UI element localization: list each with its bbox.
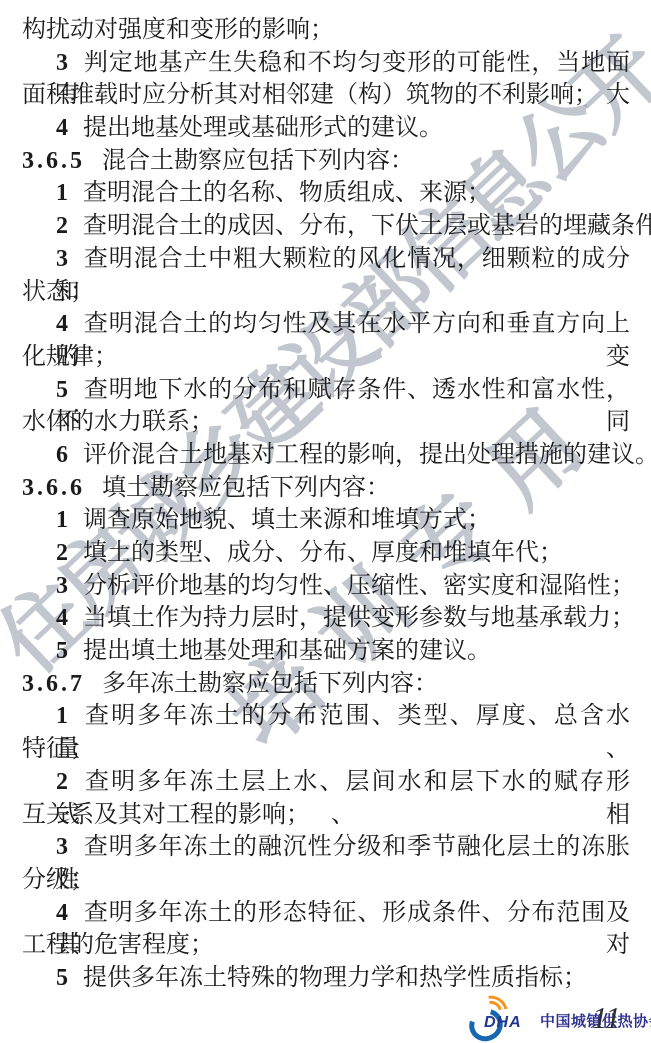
text-line: 3分析评价地基的均匀性、压缩性、密实度和湿陷性；: [22, 570, 630, 603]
text-line: 5查明地下水的分布和赋存条件、透水性和富水性，不同: [22, 374, 630, 407]
text-line: 1调查原始地貌、填土来源和堆填方式；: [22, 504, 630, 537]
line-text: 构扰动对强度和变形的影响；: [22, 17, 334, 43]
line-text: 填土的类型、成分、分布、厚度和堆填年代；: [83, 540, 563, 566]
line-text: 分析评价地基的均匀性、压缩性、密实度和湿陷性；: [83, 573, 635, 599]
line-text: 化规律；: [22, 344, 118, 370]
item-number: 2: [56, 213, 68, 239]
text-line: 状态；: [22, 276, 630, 309]
text-line: 4查明混合土的均匀性及其在水平方向和垂直方向上的变: [22, 308, 630, 341]
item-number: 2: [56, 769, 68, 795]
item-number: 3: [56, 834, 68, 860]
text-line: 6评价混合土地基对工程的影响，提出处理措施的建议。: [22, 439, 630, 472]
text-line: 4查明多年冻土的形态特征、形成条件、分布范围及其对: [22, 897, 630, 930]
item-number: 3: [56, 246, 68, 272]
line-text: 特征；: [22, 736, 94, 762]
text-line: 1查明混合土的名称、物质组成、来源；: [22, 177, 630, 210]
item-number: 1: [56, 703, 68, 729]
document-page: 住房城乡建设部信息公开 培训专用 构扰动对强度和变形的影响；3判定地基产生失稳和…: [0, 0, 651, 1043]
text-line: 4当填土作为持力层时，提供变形参数与地基承载力；: [22, 602, 630, 635]
line-text: 混合土勘察应包括下列内容：: [102, 148, 414, 174]
line-text: 面积堆载时应分析其对相邻建（构）筑物的不利影响；: [22, 82, 598, 108]
section-number: 3.6.7: [22, 671, 85, 697]
text-line: 构扰动对强度和变形的影响；: [22, 14, 630, 47]
line-text: 查明多年冻土的分布范围、类型、厚度、总含水量、: [56, 703, 630, 762]
document-text-block: 构扰动对强度和变形的影响；3判定地基产生失稳和不均匀变形的可能性，当地面有大面积…: [22, 14, 630, 995]
section-number: 3.6.6: [22, 475, 85, 501]
cdha-logo-icon: DHA: [466, 998, 536, 1042]
text-line: 3查明多年冻土的融沉性分级和季节融化层土的冻胀性: [22, 831, 630, 864]
line-text: 评价混合土地基对工程的影响，提出处理措施的建议。: [83, 442, 651, 468]
line-text: 水体的水力联系；: [22, 409, 214, 435]
line-text: 提出填土地基处理和基础方案的建议。: [83, 638, 491, 664]
text-line: 1查明多年冻土的分布范围、类型、厚度、总含水量、: [22, 700, 630, 733]
item-number: 3: [56, 50, 68, 76]
line-text: 提出地基处理或基础形式的建议。: [83, 115, 443, 141]
line-text: 提供多年冻土特殊的物理力学和热学性质指标；: [83, 965, 587, 991]
logo-acronym: DHA: [484, 1014, 522, 1032]
line-text: 分级；: [22, 867, 94, 893]
item-number: 5: [56, 377, 68, 403]
line-text: 查明混合土的名称、物质组成、来源；: [83, 180, 491, 206]
item-number: 3: [56, 573, 68, 599]
line-text: 调查原始地貌、填土来源和堆填方式；: [83, 507, 491, 533]
item-number: 5: [56, 638, 68, 664]
section-heading-line: 3.6.6填土勘察应包括下列内容：: [22, 472, 630, 505]
text-line: 3查明混合土中粗大颗粒的风化情况，细颗粒的成分和: [22, 243, 630, 276]
item-number: 4: [56, 311, 68, 337]
section-number: 3.6.5: [22, 148, 85, 174]
line-text: 查明混合土的成因、分布，下伏土层或基岩的埋藏条件；: [83, 213, 651, 239]
text-line: 面积堆载时应分析其对相邻建（构）筑物的不利影响；: [22, 79, 630, 112]
line-text: 填土勘察应包括下列内容：: [102, 475, 390, 501]
section-heading-line: 3.6.5混合土勘察应包括下列内容：: [22, 145, 630, 178]
item-number: 4: [56, 900, 68, 926]
text-line: 4提出地基处理或基础形式的建议。: [22, 112, 630, 145]
section-heading-line: 3.6.7多年冻土勘察应包括下列内容：: [22, 668, 630, 701]
text-line: 2查明多年冻土层上水、层间水和层下水的赋存形式、相: [22, 766, 630, 799]
line-text: 工程的危害程度；: [22, 932, 214, 958]
line-text: 互关系及其对工程的影响；: [22, 802, 310, 828]
item-number: 6: [56, 442, 68, 468]
text-line: 5提供多年冻土特殊的物理力学和热学性质指标；: [22, 962, 630, 995]
line-text: 多年冻土勘察应包括下列内容：: [102, 671, 438, 697]
page-footer: DHA 中国城镇供热协会 11: [466, 998, 651, 1042]
text-line: 2查明混合土的成因、分布，下伏土层或基岩的埋藏条件；: [22, 210, 630, 243]
item-number: 1: [56, 507, 68, 533]
page-number: 11: [592, 1000, 621, 1036]
item-number: 4: [56, 605, 68, 631]
item-number: 5: [56, 965, 68, 991]
item-number: 2: [56, 540, 68, 566]
line-text: 查明混合土的均匀性及其在水平方向和垂直方向上的变: [56, 311, 630, 370]
text-line: 5提出填土地基处理和基础方案的建议。: [22, 635, 630, 668]
item-number: 1: [56, 180, 68, 206]
line-text: 当填土作为持力层时，提供变形参数与地基承载力；: [83, 605, 635, 631]
text-line: 2填土的类型、成分、分布、厚度和堆填年代；: [22, 537, 630, 570]
text-line: 3判定地基产生失稳和不均匀变形的可能性，当地面有大: [22, 47, 630, 80]
text-line: 分级；: [22, 864, 630, 897]
line-text: 状态；: [22, 279, 94, 305]
item-number: 4: [56, 115, 68, 141]
